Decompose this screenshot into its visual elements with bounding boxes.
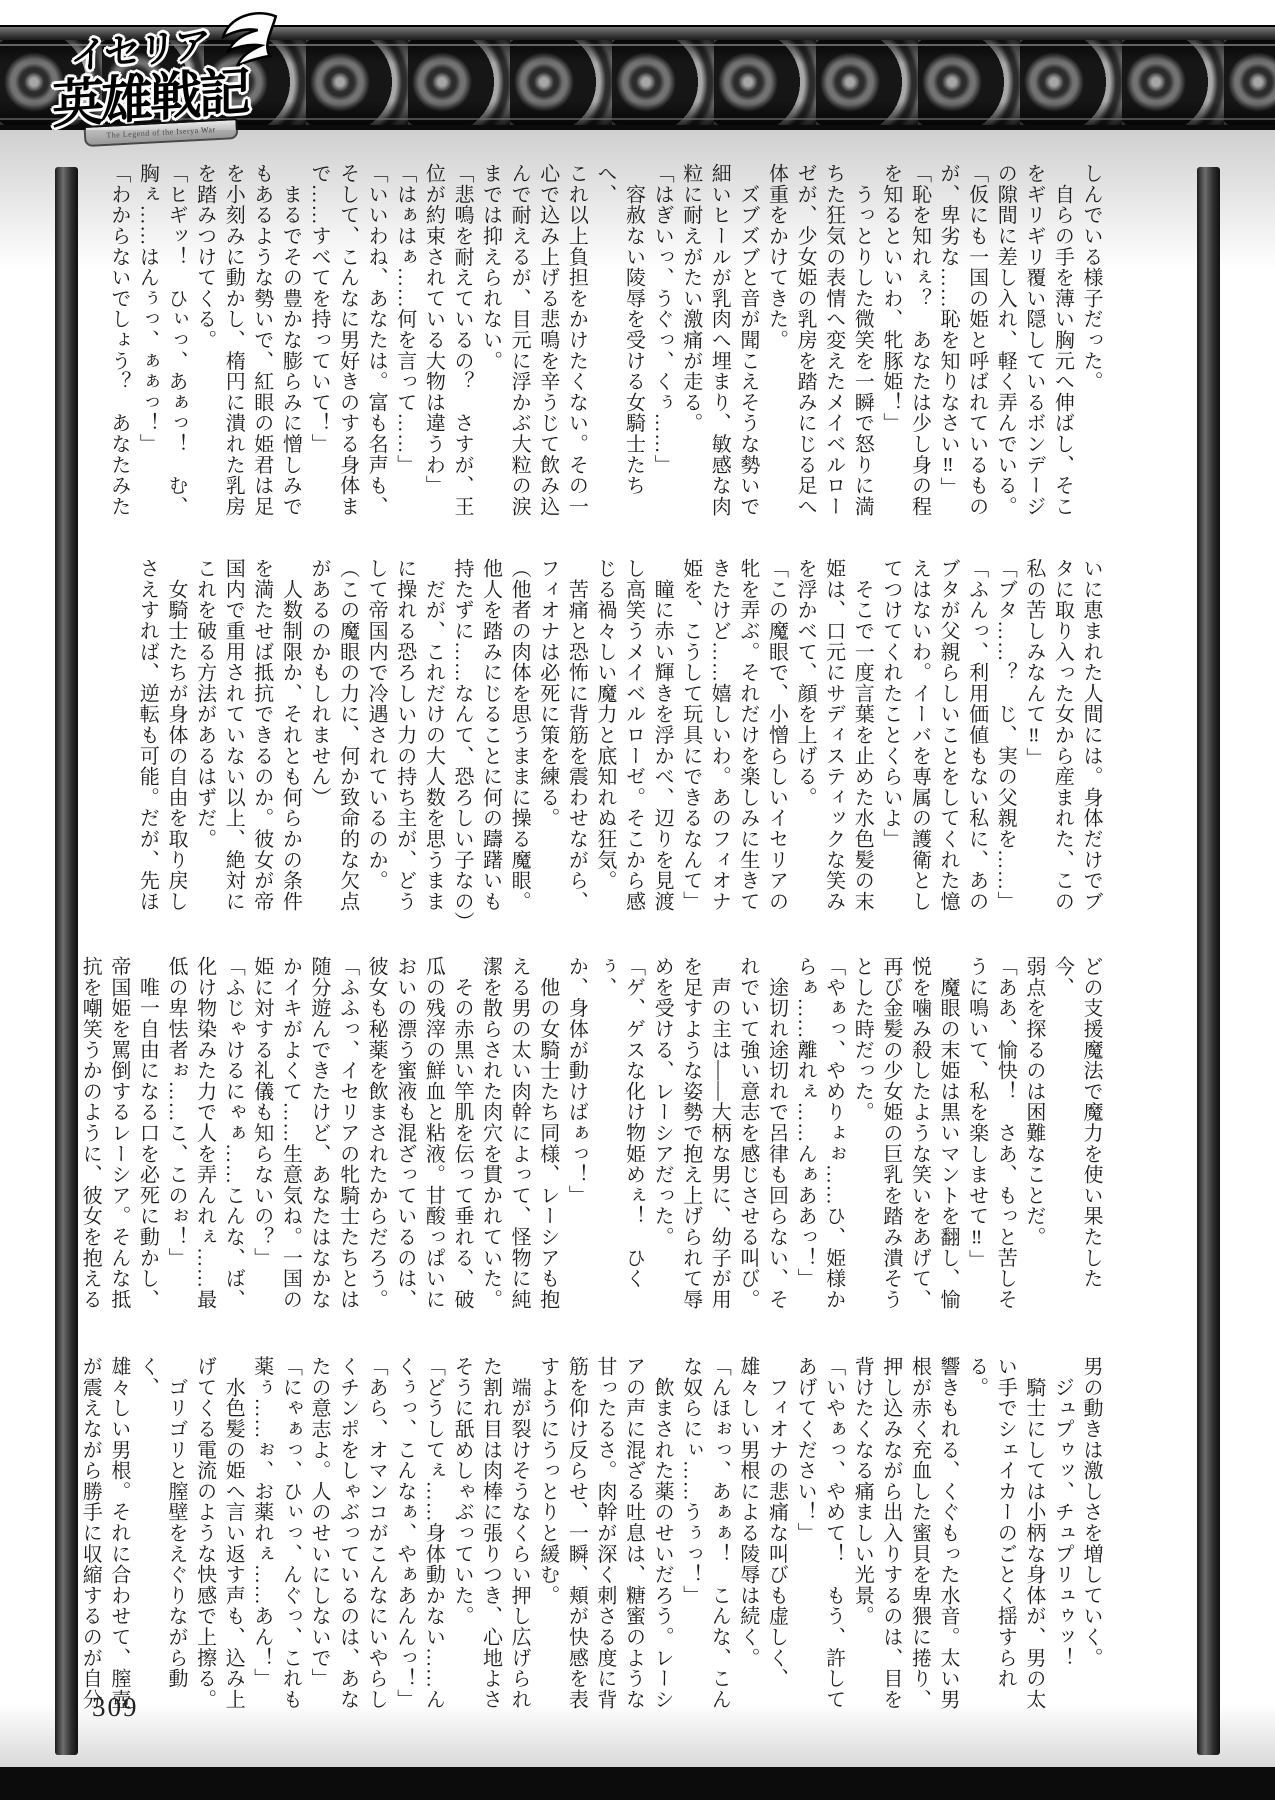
text-line: 国内で重用されていない以上、絶対に (219, 558, 248, 930)
text-line: を満たせば抵抗できるのか。彼女が帝 (247, 558, 276, 930)
text-line: 低の卑怯者ぉ……こ、このぉ！」 (161, 956, 190, 1328)
text-line: 瞳に赤い輝きを浮かべ、辺りを見渡 (648, 558, 677, 930)
text-line: 根が赤く充血した蜜貝を卑猥に捲り、 (905, 1356, 934, 1728)
text-line: 再び金髪の少女姫の巨乳を踏み潰そう (876, 956, 905, 1328)
text-line: を足すような姿勢で抱え上げられて辱 (676, 956, 705, 1328)
text-line: 彼女も秘薬を飲まされたからだろう。 (362, 956, 391, 1328)
text-line: で……すべてを持っていて！」 (304, 163, 333, 535)
text-line: ゼが、少女姫の乳房を踏みにじる足へ (790, 163, 819, 535)
text-line: を踏みつけてくる。 (190, 163, 219, 535)
text-line: ゴリゴリと膣壁をえぐりながら動く、 (133, 1356, 190, 1728)
text-line: 甘ったるさ。肉幹が深く刺さる度に背 (590, 1356, 619, 1728)
text-line: 男の動きは激しさを増していく。 (1076, 1356, 1105, 1728)
text-line: 「やぁっ、やめりょぉ……ひ、姫様か (819, 956, 848, 1328)
text-line: 胸ぇ……はんぅっ、ぁぁっ！」 (133, 163, 162, 535)
text-line: 「ふじゃけるにゃぁ……こんな、ば、 (219, 956, 248, 1328)
text-line: さえすれば、逆転も可能。だが、先ほ (133, 558, 162, 930)
text-line: しんでいる様子だった。 (1076, 163, 1105, 535)
text-line: 悦を噛み殺したような笑いをあげて、 (905, 956, 934, 1328)
text-line: たの意志よ。人のせいにしないで」 (304, 1356, 333, 1728)
text-line: があるのかもしれません） (304, 558, 333, 930)
text-line: 端が裂けそうなくらい押し広げられ (505, 1356, 534, 1728)
text-line: げてくる電流のような快感で上擦る。 (190, 1356, 219, 1728)
text-line: 容赦ない陵辱を受ける女騎士たちへ、 (590, 163, 647, 535)
text-line: 「この魔眼で、小憎らしいイセリアの (762, 558, 791, 930)
text-line: し高笑うメイベルローゼ。そこから感 (619, 558, 648, 930)
text-band-1: しんでいる様子だった。 自らの手を薄い胸元へ伸ばし、そこをギリギリ覆い隠している… (130, 163, 1105, 535)
text-line: 姫は、口元にサディスティックな笑み (819, 558, 848, 930)
text-line: 唯一自由になる口を必死に動かし、 (133, 956, 162, 1328)
text-line: そして、こんなに男好きのする身体ま (333, 163, 362, 535)
text-line: 随分遊んできたけど、あなたはなかな (304, 956, 333, 1328)
text-line: どの支援魔法で魔力を使い果たした今、 (1048, 956, 1105, 1328)
text-line: 苦痛と恐怖に背筋を震わせながら、 (562, 558, 591, 930)
text-line: 騎士にしては小柄な身体が、男の太 (1019, 1356, 1048, 1728)
text-line: そこで一度言葉を止めた水色髪の末 (848, 558, 877, 930)
text-line: てつけてくれたことくらいよ」 (876, 558, 905, 930)
text-line: フィオナは必死に策を練る。 (533, 558, 562, 930)
text-line: れでいて強い意志を感じさせる叫び。 (733, 956, 762, 1328)
text-line: 「悲鳴を耐えているの？ さすが、王 (447, 163, 476, 535)
text-line: 「わからないでしょう？ あなたみた (104, 163, 133, 535)
text-line: 体重をかけてきた。 (762, 163, 791, 535)
text-line: をギリギリ覆い隠しているボンデージ (1019, 163, 1048, 535)
text-line: 「いやぁっ、やめて！ もう、許して (819, 1356, 848, 1728)
text-line: 持たずに……なんて、恐ろしい子なの） (447, 558, 476, 930)
text-line: いに恵まれた人間には。身体だけでブ (1076, 558, 1105, 930)
text-line: 水色髪の姫へ言い返す声も、込み上 (219, 1356, 248, 1728)
text-line: ジュプゥッ、チュプリュゥッ！ (1048, 1356, 1077, 1728)
text-line: 「ああ、愉快！ さあ、もっと苦しそ (991, 956, 1020, 1328)
text-line: 魔眼の末姫は黒いマントを翻し、愉 (933, 956, 962, 1328)
text-line: 「あら、オマンコがこんなにいやらし (362, 1356, 391, 1728)
text-line: の隙間に差し入れ、軽く弄んでいる。 (991, 163, 1020, 535)
text-line: その赤黒い竿肌を伝って垂れる、破 (447, 956, 476, 1328)
text-line: 背けたくなる痛ましい光景。 (848, 1356, 877, 1728)
text-line: うに鳴いて、私を楽しませて‼」 (962, 956, 991, 1328)
text-line: んで耐えるが、目元に浮かぶ大粒の涙 (505, 163, 534, 535)
text-line: くぅっ、こんなぁ、やぁあんんっ！」 (390, 1356, 419, 1728)
text-line: た割れ目は肉棒に張りつき、心地よさ (476, 1356, 505, 1728)
text-line: かイキがよくて……生意気ね。一国の (276, 956, 305, 1328)
text-line: 牝を弄ぶ。それだけを楽しみに生きて (733, 558, 762, 930)
text-line: な奴らにぃ……うぅっ！」 (676, 1356, 705, 1728)
text-band-3: どの支援魔法で魔力を使い果たした今、弱点を探るのは困難なことだ。「ああ、愉快！ … (130, 956, 1105, 1328)
text-line: ちた狂気の表情へ変えたメイベルロー (819, 163, 848, 535)
text-line: 雄々しい男根。それに合わせて、膣壺 (104, 1356, 133, 1728)
text-line: 「はぎいっ、うぐっ、くぅ……」 (648, 163, 677, 535)
text-line: 「ヒギッ！ ひぃっ、あぁっ！ む、 (161, 163, 190, 535)
footer-bar (0, 1767, 1275, 1800)
text-line: （他者の肉体を思うままに操る魔眼。 (505, 558, 534, 930)
text-line: 抗を嘲笑うかのように、彼女を抱える (76, 956, 105, 1328)
text-line: あげてください！」 (790, 1356, 819, 1728)
text-line: 姫に対する礼儀も知らないの？」 (247, 956, 276, 1328)
text-line: 弱点を探るのは困難なことだ。 (1019, 956, 1048, 1328)
text-line: そうに舐めしゃぶっていた。 (447, 1356, 476, 1728)
border-bar-left (55, 167, 78, 1755)
text-line: 「恥を知れぇ？ あなたは少し身の程 (905, 163, 934, 535)
text-line: とした時だった。 (848, 956, 877, 1328)
text-line: か、身体が動けばぁっ！」 (562, 956, 591, 1328)
text-line: 「ふふっ、イセリアの牝騎士たちとは (333, 956, 362, 1328)
text-line: これ以上負担をかけたくない。その一 (562, 163, 591, 535)
text-line: アの声に混ざる吐息は、糖蜜のような (619, 1356, 648, 1728)
text-line: もあるような勢いで、紅眼の姫君は足 (247, 163, 276, 535)
text-line: 薬ぅ……ぉ、お薬れぇ……あん！」 (247, 1356, 276, 1728)
text-line: い手でシェイカーのごとく揺すられる。 (962, 1356, 1019, 1728)
text-line: 他人を踏みにじることに何の躊躇いも (476, 558, 505, 930)
text-line: 細いヒールが乳肉へ埋まり、敏感な肉 (705, 163, 734, 535)
text-line: えはないわ。イーバを専属の護衛とし (905, 558, 934, 930)
text-line: 響きもれる、くぐもった水音。太い男 (933, 1356, 962, 1728)
text-line: 「ふんっ、利用価値もない私に、あの (962, 558, 991, 930)
text-line: タに取り入った女から産まれた、この (1048, 558, 1077, 930)
text-line: 私の苦しみなんて‼」 (1019, 558, 1048, 930)
text-line: が、卑劣な……恥を知りなさい‼」 (933, 163, 962, 535)
text-line: 位が約束されている大物は違うわ」 (419, 163, 448, 535)
text-band-4: 男の動きは激しさを増していく。 ジュプゥッ、チュプリュゥッ！ 騎士にしては小柄な… (130, 1356, 1105, 1728)
text-line: 雄々しい男根による陵辱は続く。 (733, 1356, 762, 1728)
text-line: くチンポをしゃぶっているのは、あな (333, 1356, 362, 1728)
text-line: ズブズブと音が聞こえそうな勢いで (733, 163, 762, 535)
text-line: めを受ける、レーシアだった。 (648, 956, 677, 1328)
text-line: らぁ……離れぇ……んぁああっ！」 (790, 956, 819, 1328)
text-line: すようにうっとりと緩む。 (533, 1356, 562, 1728)
text-line: 潔を散らされた肉穴を貫かれていた。 (476, 956, 505, 1328)
text-line: 筋を仰け反らせ、一瞬、頬が快感を表 (562, 1356, 591, 1728)
text-line: 「ゲ、ゲスな化け物姫めぇ！ ひくぅ、 (590, 956, 647, 1328)
text-line: 他の女騎士たち同様、レーシアも抱 (533, 956, 562, 1328)
text-line: これを破る方法があるはずだ。 (190, 558, 219, 930)
text-line: を小刻みに動かし、楕円に潰れた乳房 (219, 163, 248, 535)
text-line: 「んほぉっ、あぁぁ！ こんな、こん (705, 1356, 734, 1728)
text-line: フィオナの悲痛な叫びも虚しく、 (762, 1356, 791, 1728)
text-line: 化け物染みた力で人を弄んれぇ……最 (190, 956, 219, 1328)
text-line: 「にゃぁっ、ひぃっ、んぐっ、これも (276, 1356, 305, 1728)
text-line: して帝国内で冷遇されているのか。 (362, 558, 391, 930)
text-line: （この魔眼の力に、何か致命的な欠点 (333, 558, 362, 930)
text-line: じる禍々しい魔力と底知れぬ狂気。 (590, 558, 619, 930)
text-line: 自らの手を薄い胸元へ伸ばし、そこ (1048, 163, 1077, 535)
text-line: だが、これだけの大人数を思うまま (419, 558, 448, 930)
text-line: 「仮にも一国の姫と呼ばれているもの (962, 163, 991, 535)
border-bar-right (1197, 167, 1220, 1755)
text-line: 「いいわね、あなたは。富も名声も、 (362, 163, 391, 535)
text-band-2: いに恵まれた人間には。身体だけでブタに取り入った女から産まれた、この私の苦しみな… (130, 558, 1105, 930)
text-line: が震えながら勝手に収縮するのが自分 (76, 1356, 105, 1728)
text-line: 姫を、こうして玩具にできるなんて」 (676, 558, 705, 930)
text-line: える男の太い肉幹によって、怪物に純 (505, 956, 534, 1328)
text-line: うっとりした微笑を一瞬で怒りに満 (848, 163, 877, 535)
text-line: 「はぁはぁ……何を言って……」 (390, 163, 419, 535)
text-line: 人数制限か、それとも何らかの条件 (276, 558, 305, 930)
text-line: 声の主は――大柄な男に、幼子が用 (705, 956, 734, 1328)
text-line: 「ブタ……？ じ、実の父親を……」 (991, 558, 1020, 930)
text-line: ブタが父親らしいことをしてくれた憶 (933, 558, 962, 930)
text-line: に操れる恐ろしい力の持ち主が、どう (390, 558, 419, 930)
text-line: 粒に耐えがたい激痛が走る。 (676, 163, 705, 535)
text-line: 帝国姫を罵倒するレーシア。そんな抵 (104, 956, 133, 1328)
text-line: 「どうしてぇ……身体動かない……ん (419, 1356, 448, 1728)
text-line: きたけど……嬉しいわ。あのフィオナ (705, 558, 734, 930)
text-line: まるでその豊かな膨らみに憎しみで (276, 163, 305, 535)
text-line: を浮かべて、顔を上げる。 (790, 558, 819, 930)
text-line: 押し込みながら出入りするのは、目を (876, 1356, 905, 1728)
text-line: おいの漂う蜜液も混ざっているのは、 (390, 956, 419, 1328)
text-line: を知るといいわ、牝豚姫！」 (876, 163, 905, 535)
text-line: 女騎士たちが身体の自由を取り戻し (161, 558, 190, 930)
text-line: までは抑えられない。 (476, 163, 505, 535)
page-number: 309 (92, 1692, 139, 1723)
text-line: 心で込み上げる悲鳴を辛うじて飲み込 (533, 163, 562, 535)
text-line: 瓜の残滓の鮮血と粘液。甘酸っぱいに (419, 956, 448, 1328)
text-line: 途切れ途切れで呂律も回らない、そ (762, 956, 791, 1328)
text-line: 飲まされた薬のせいだろう。レーシ (648, 1356, 677, 1728)
